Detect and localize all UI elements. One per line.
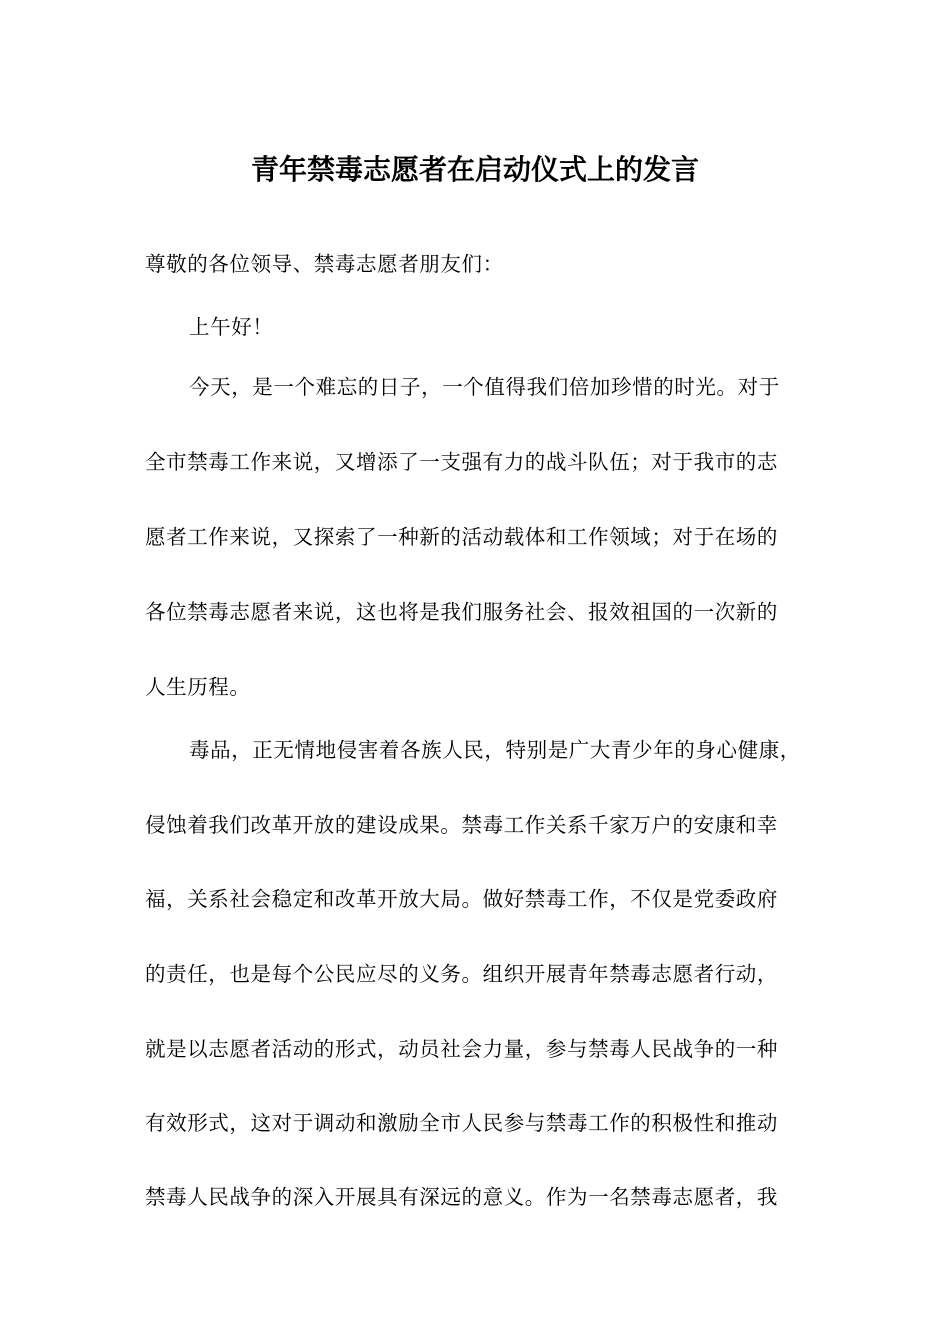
paragraph-line: 各位禁毒志愿者来说，这也将是我们服务社会、报效祖国的一次新的 [145,598,815,626]
greeting: 上午好！ [189,313,859,341]
paragraph-line: 侵蚀着我们改革开放的建设成果。禁毒工作关系千家万户的安康和幸 [145,811,815,839]
salutation: 尊敬的各位领导、禁毒志愿者朋友们： [145,250,815,278]
paragraph-line: 全市禁毒工作来说，又增添了一支强有力的战斗队伍；对于我市的志 [145,448,815,476]
paragraph-line: 就是以志愿者活动的形式，动员社会力量，参与禁毒人民战争的一种 [145,1035,815,1063]
document-page: 青年禁毒志愿者在启动仪式上的发言 尊敬的各位领导、禁毒志愿者朋友们： 上午好！ … [0,0,950,1344]
paragraph-line: 禁毒人民战争的深入开展具有深远的意义。作为一名禁毒志愿者，我 [145,1183,815,1211]
paragraph-line: 今天，是一个难忘的日子，一个值得我们倍加珍惜的时光。对于 [189,373,859,401]
paragraph-line: 愿者工作来说，又探索了一种新的活动载体和工作领域；对于在场的 [145,523,815,551]
paragraph-line: 人生历程。 [145,673,815,701]
paragraph-line: 福，关系社会稳定和改革开放大局。做好禁毒工作，不仅是党委政府 [145,885,815,913]
document-title: 青年禁毒志愿者在启动仪式上的发言 [0,150,950,190]
paragraph-line: 毒品，正无情地侵害着各族人民，特别是广大青少年的身心健康， [189,736,859,764]
paragraph-line: 有效形式，这对于调动和激励全市人民参与禁毒工作的积极性和推动 [145,1109,815,1137]
paragraph-line: 的责任，也是每个公民应尽的义务。组织开展青年禁毒志愿者行动， [145,960,815,988]
